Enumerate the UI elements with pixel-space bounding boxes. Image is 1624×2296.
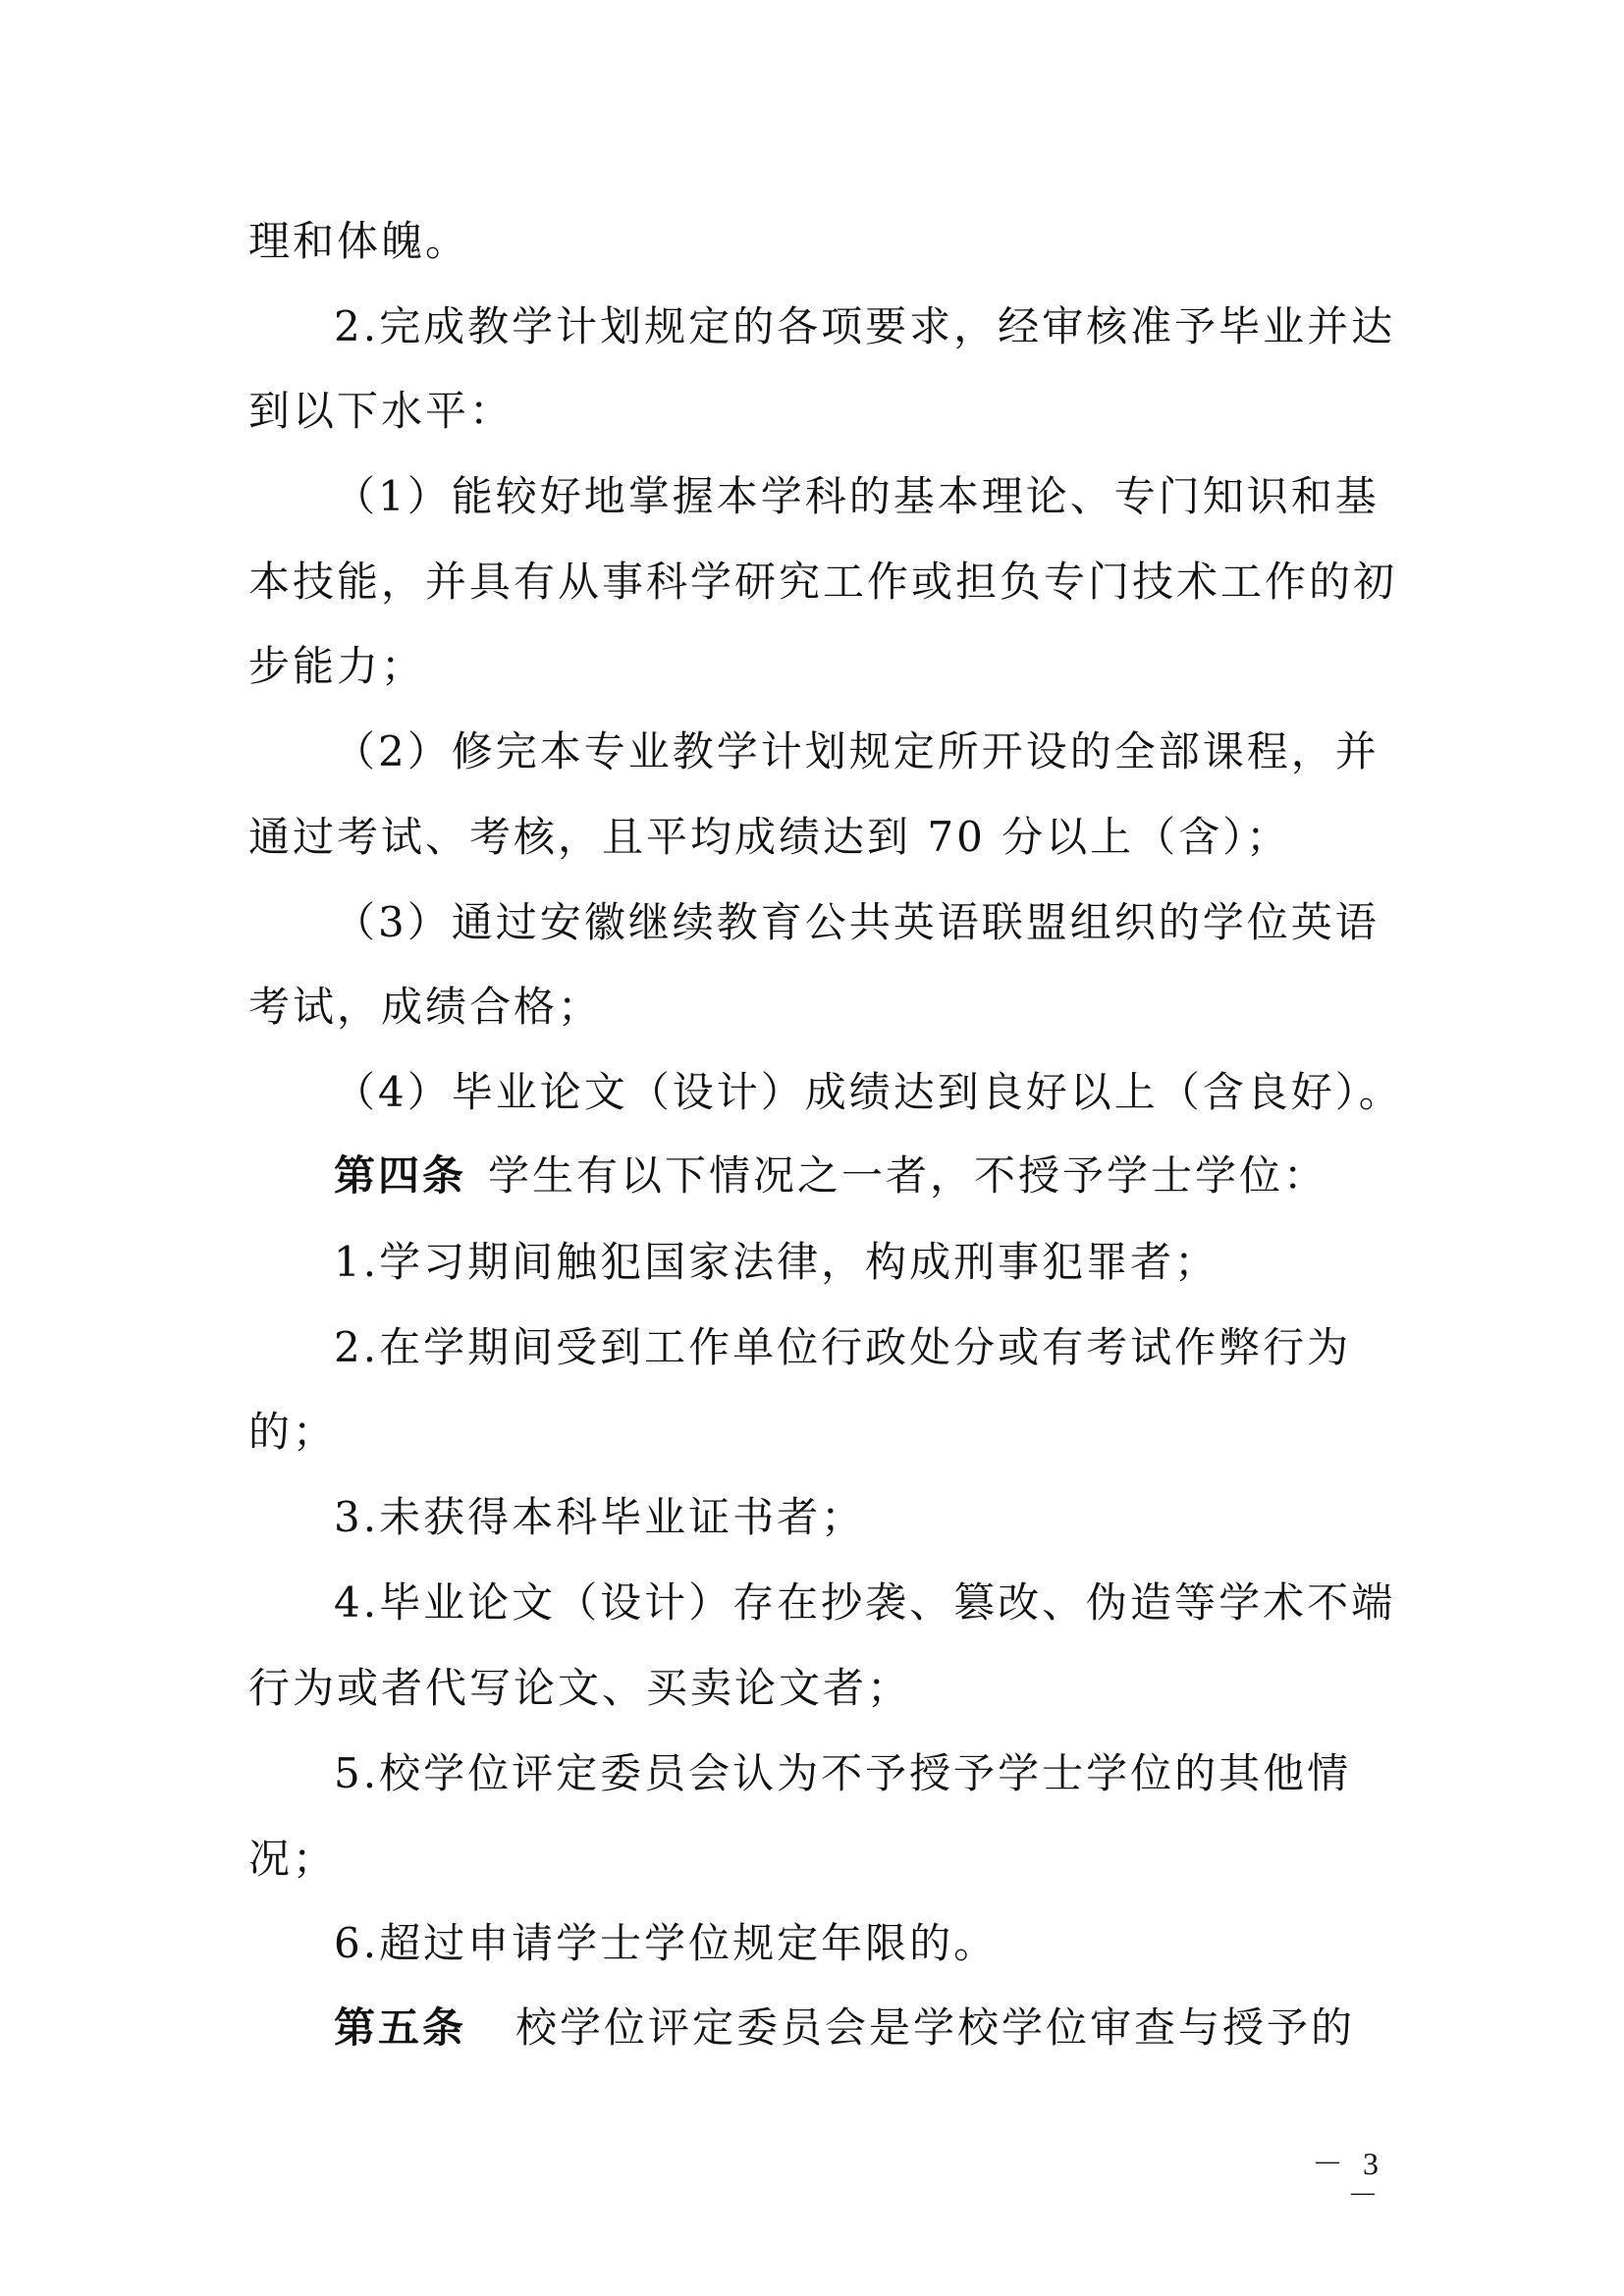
paragraph-line: 3.未获得本科毕业证书者；	[334, 1494, 1473, 1541]
article-five-line: 第五条校学位评定委员会是学校学位审查与授予的	[334, 2004, 1473, 2052]
paragraph-line: 理和体魄。	[248, 218, 1387, 265]
paragraph-line: 的；	[248, 1409, 1387, 1456]
paragraph-line: 2.完成教学计划规定的各项要求，经审核准予毕业并达	[334, 303, 1473, 350]
paragraph-line: 4.毕业论文（设计）存在抄袭、篡改、伪造等学术不端	[334, 1579, 1473, 1627]
paragraph-line: 到以下水平：	[248, 388, 1387, 435]
paragraph-line: 2.在学期间受到工作单位行政处分或有考试作弊行为	[334, 1324, 1473, 1371]
paragraph-line: 行为或者代写论文、买卖论文者；	[248, 1665, 1387, 1712]
paragraph-line: （4）毕业论文（设计）成绩达到良好以上（含良好）。	[334, 1069, 1473, 1116]
paragraph-line: （2）修完本专业教学计划规定所开设的全部课程，并	[334, 728, 1473, 775]
article-text: 校学位评定委员会是学校学位审查与授予的	[515, 2003, 1355, 2052]
article-heading: 第四条	[334, 1151, 466, 1200]
article-text: 学生有以下情况之一者，不授予学士学位：	[488, 1151, 1327, 1200]
article-heading: 第五条	[334, 2003, 466, 2052]
paragraph-line: （1）能较好地掌握本学科的基本理论、专门知识和基	[334, 473, 1473, 520]
paragraph-line: 1.学习期间触犯国家法律，构成刑事犯罪者；	[334, 1239, 1473, 1286]
paragraph-line: 考试，成绩合格；	[248, 984, 1387, 1031]
article-four-line: 第四条学生有以下情况之一者，不授予学士学位：	[334, 1152, 1473, 1200]
page-number: － 3 －	[1276, 2148, 1384, 2211]
paragraph-line: 况；	[248, 1836, 1387, 1883]
document-page: 理和体魄。 2.完成教学计划规定的各项要求，经审核准予毕业并达 到以下水平： （…	[0, 0, 1624, 2296]
paragraph-line: （3）通过安徽继续教育公共英语联盟组织的学位英语	[334, 899, 1473, 946]
paragraph-line: 6.超过申请学士学位规定年限的。	[334, 1920, 1473, 1967]
paragraph-line: 通过考试、考核，且平均成绩达到 70 分以上（含）；	[248, 814, 1387, 861]
paragraph-line: 步能力；	[248, 643, 1387, 690]
paragraph-line: 5.校学位评定委员会认为不予授予学士学位的其他情	[334, 1750, 1473, 1797]
paragraph-line: 本技能，并具有从事科学研究工作或担负专门技术工作的初	[248, 559, 1387, 606]
